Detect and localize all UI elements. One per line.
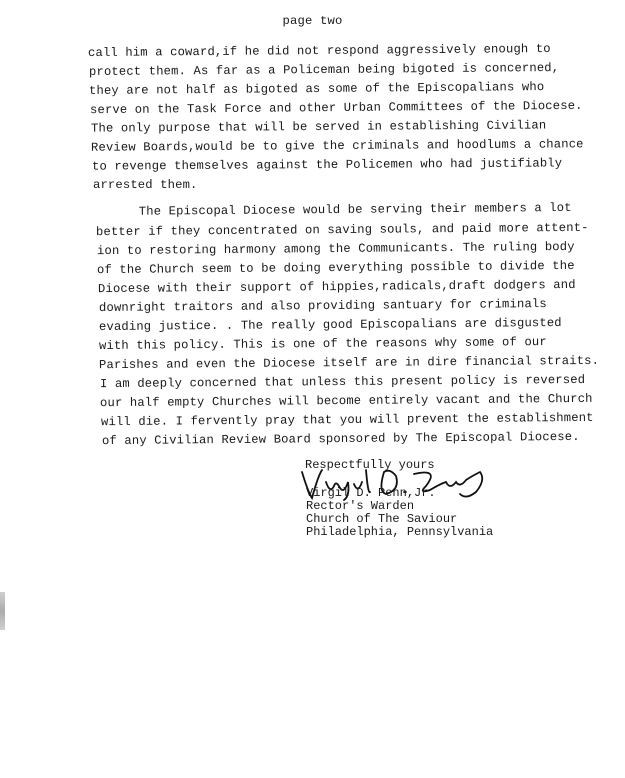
text-line: to revenge themselves against the Police… (92, 154, 562, 176)
text-line: of any Civilian Review Board sponsored b… (102, 428, 580, 451)
text-line: The Episcopal Diocese would be serving t… (94, 199, 572, 222)
text-line: arrested them. (93, 176, 198, 195)
page-heading: page two (0, 14, 625, 28)
scan-edge-mark (0, 592, 5, 630)
signature-location: Philadelphia, Pennsylvania (306, 526, 493, 539)
